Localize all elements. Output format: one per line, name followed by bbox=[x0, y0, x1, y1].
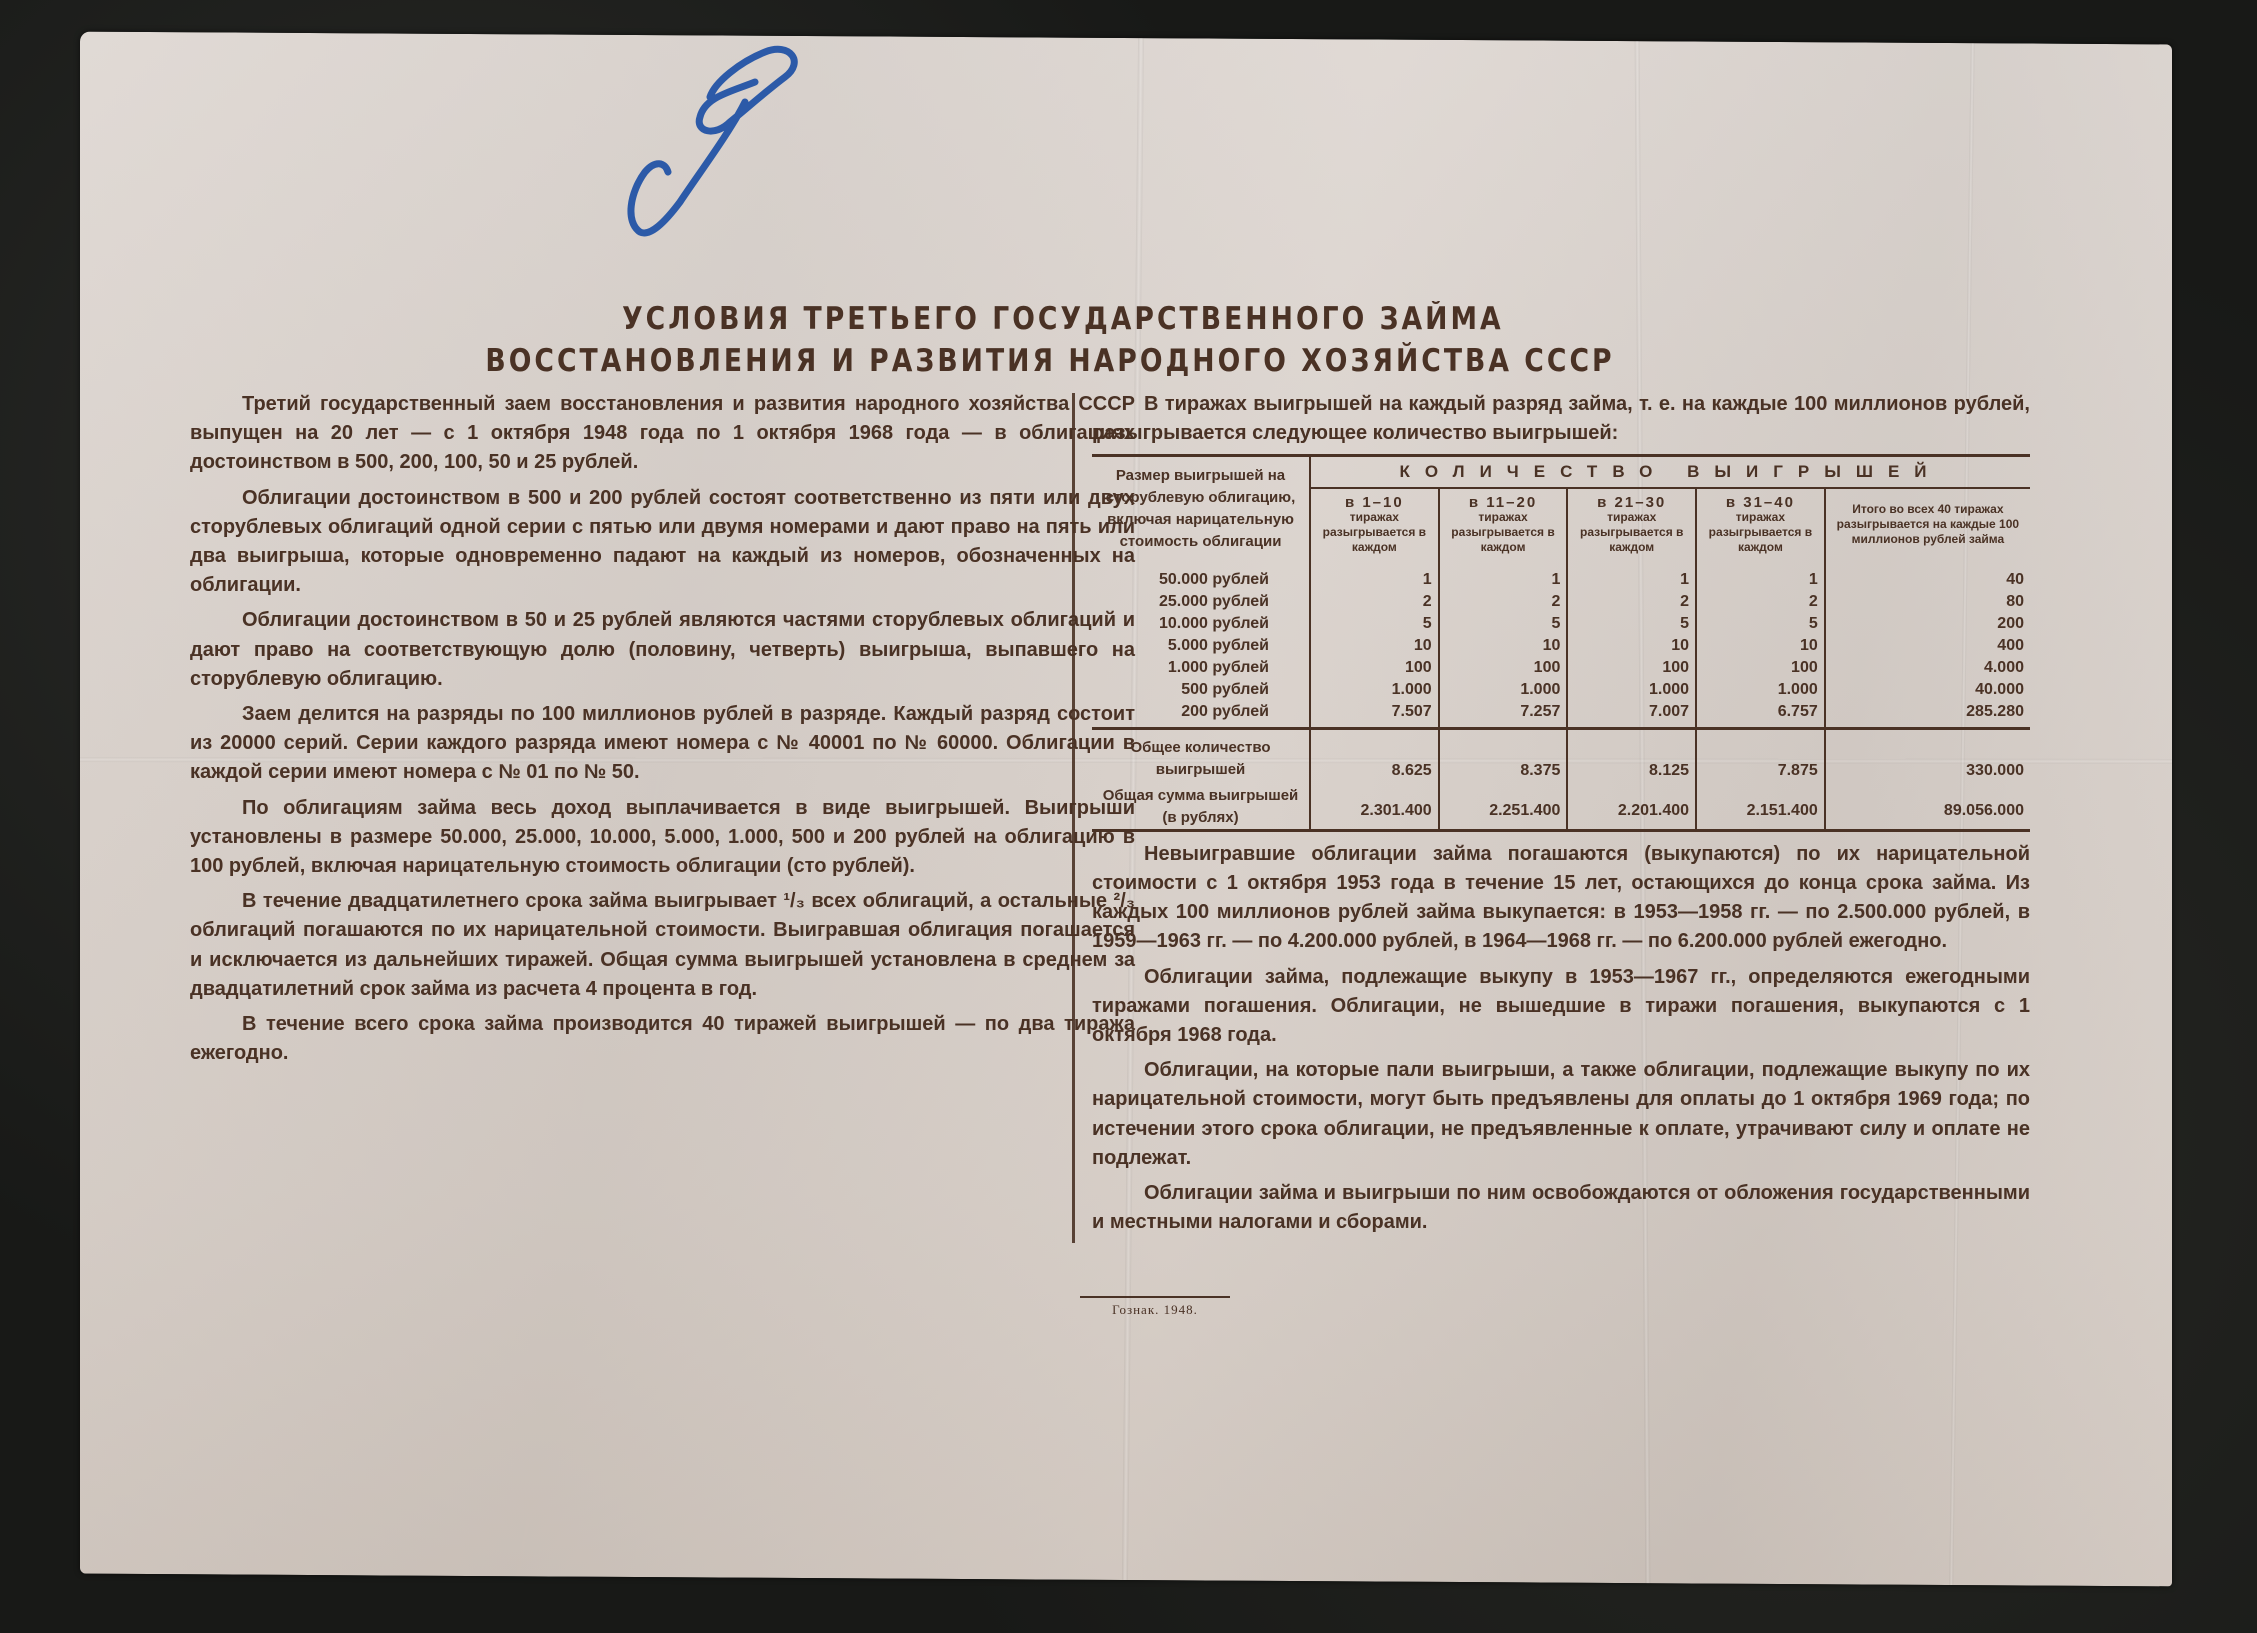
handwritten-monogram-icon bbox=[580, 22, 880, 262]
prize-count-cell: 4.000 bbox=[1825, 657, 2030, 679]
draw-range: в 1–10 bbox=[1313, 495, 1436, 510]
prize-count-cell: 1 bbox=[1567, 561, 1696, 591]
draw-range-header: Итого во всех 40 тиражах разыгрывается н… bbox=[1825, 488, 2030, 561]
prize-amount: 500 рублей bbox=[1092, 679, 1310, 701]
total-count-label: Общее количество выигрышей bbox=[1092, 728, 1310, 785]
total-sum-label: Общая сумма выигрышей (в рублях) bbox=[1092, 785, 1310, 831]
total-sum-cell: 2.301.400 bbox=[1310, 785, 1439, 831]
paragraph: Облигации займа, подлежащие выкупу в 195… bbox=[1092, 963, 2030, 1051]
prize-count-cell: 2 bbox=[1567, 591, 1696, 613]
prize-count-cell: 10 bbox=[1696, 635, 1825, 657]
prize-count-cell: 1.000 bbox=[1310, 679, 1439, 701]
total-count-cell: 7.875 bbox=[1696, 728, 1825, 785]
total-count-cell: 330.000 bbox=[1825, 728, 2030, 785]
printer-imprint: Гознак. 1948. bbox=[1080, 1296, 1230, 1318]
prize-amount: 50.000 рублей bbox=[1092, 561, 1310, 591]
paragraph: Заем делится на разряды по 100 миллионов… bbox=[190, 700, 1135, 788]
prize-count-cell: 2 bbox=[1310, 591, 1439, 613]
prize-count-cell: 1.000 bbox=[1439, 679, 1568, 701]
prize-count-cell: 2 bbox=[1696, 591, 1825, 613]
prize-count-cell: 40.000 bbox=[1825, 679, 2030, 701]
table-row: 25.000 рублей222280 bbox=[1092, 591, 2030, 613]
table-row: 200 рублей7.5077.2577.0076.757285.280 bbox=[1092, 701, 2030, 729]
draw-range-caption: тиражах разыгрывается в каждом bbox=[1451, 510, 1554, 554]
prize-count-cell: 40 bbox=[1825, 561, 2030, 591]
table-row: 10.000 рублей5555200 bbox=[1092, 613, 2030, 635]
draw-range-caption: тиражах разыгрывается в каждом bbox=[1709, 510, 1812, 554]
total-count-cell: 8.625 bbox=[1310, 728, 1439, 785]
prize-count-cell: 1.000 bbox=[1696, 679, 1825, 701]
prize-count-cell: 10 bbox=[1310, 635, 1439, 657]
prize-count-cell: 10 bbox=[1567, 635, 1696, 657]
prize-count-cell: 7.257 bbox=[1439, 701, 1568, 729]
prize-size-header: Размер выигрышей на сторублевую облигаци… bbox=[1092, 456, 1310, 561]
paragraph: Облигации, на которые пали выигрыши, а т… bbox=[1092, 1056, 2030, 1173]
prize-count-group-header: КОЛИЧЕСТВО ВЫИГРЫШЕЙ bbox=[1310, 456, 2030, 488]
left-column: Третий государственный заем восстановлен… bbox=[190, 390, 1135, 1074]
document-title: УСЛОВИЯ ТРЕТЬЕГО ГОСУДАРСТВЕННОГО ЗАЙМА … bbox=[319, 298, 1781, 382]
paragraph: Облигации займа и выигрыши по ним освобо… bbox=[1092, 1179, 2030, 1237]
paragraph: В течение всего срока займа производится… bbox=[190, 1010, 1135, 1068]
prize-count-cell: 1 bbox=[1439, 561, 1568, 591]
prize-count-cell: 100 bbox=[1439, 657, 1568, 679]
prize-count-cell: 285.280 bbox=[1825, 701, 2030, 729]
prize-count-cell: 200 bbox=[1825, 613, 2030, 635]
prize-count-cell: 7.507 bbox=[1310, 701, 1439, 729]
draw-range-caption: тиражах разыгрывается в каждом bbox=[1580, 510, 1683, 554]
prize-count-cell: 400 bbox=[1825, 635, 2030, 657]
prize-count-cell: 100 bbox=[1310, 657, 1439, 679]
prize-count-cell: 1.000 bbox=[1567, 679, 1696, 701]
draw-range-header: в 21–30тиражах разыгрывается в каждом bbox=[1567, 488, 1696, 561]
prize-count-cell: 1 bbox=[1696, 561, 1825, 591]
total-count-cell: 8.125 bbox=[1567, 728, 1696, 785]
prize-count-cell: 5 bbox=[1310, 613, 1439, 635]
paragraph: По облигациям займа весь доход выплачива… bbox=[190, 794, 1135, 882]
prize-amount: 200 рублей bbox=[1092, 701, 1310, 729]
paragraph: В течение двадцатилетнего срока займа вы… bbox=[190, 887, 1135, 1004]
draw-range-header: в 11–20тиражах разыгрывается в каждом bbox=[1439, 488, 1568, 561]
prize-amount: 1.000 рублей bbox=[1092, 657, 1310, 679]
paragraph: Облигации достоинством в 50 и 25 рублей … bbox=[190, 606, 1135, 694]
right-column: В тиражах выигрышей на каждый разряд зай… bbox=[1092, 390, 2030, 1243]
table-row: 50.000 рублей111140 bbox=[1092, 561, 2030, 591]
draw-range-header: в 1–10тиражах разыгрывается в каждом bbox=[1310, 488, 1439, 561]
prize-amount: 10.000 рублей bbox=[1092, 613, 1310, 635]
table-row: 1.000 рублей1001001001004.000 bbox=[1092, 657, 2030, 679]
prize-count-cell: 2 bbox=[1439, 591, 1568, 613]
draw-range: в 11–20 bbox=[1442, 495, 1565, 510]
total-sum-cell: 2.251.400 bbox=[1439, 785, 1568, 831]
paragraph: Третий государственный заем восстановлен… bbox=[190, 390, 1135, 478]
column-divider bbox=[1072, 393, 1075, 1243]
table-row: 5.000 рублей10101010400 bbox=[1092, 635, 2030, 657]
prize-count-cell: 10 bbox=[1439, 635, 1568, 657]
draw-range-header: в 31–40тиражах разыгрывается в каждом bbox=[1696, 488, 1825, 561]
prize-count-cell: 80 bbox=[1825, 591, 2030, 613]
title-line-2: ВОССТАНОВЛЕНИЯ И РАЗВИТИЯ НАРОДНОГО ХОЗЯ… bbox=[319, 340, 1781, 382]
table-intro: В тиражах выигрышей на каждый разряд зай… bbox=[1092, 390, 2030, 448]
paragraph: Облигации достоинством в 500 и 200 рубле… bbox=[190, 484, 1135, 601]
total-sum-cell: 2.151.400 bbox=[1696, 785, 1825, 831]
draw-range: в 31–40 bbox=[1699, 495, 1822, 510]
prize-count-cell: 5 bbox=[1439, 613, 1568, 635]
total-sum-cell: 89.056.000 bbox=[1825, 785, 2030, 831]
title-line-1: УСЛОВИЯ ТРЕТЬЕГО ГОСУДАРСТВЕННОГО ЗАЙМА bbox=[319, 298, 1781, 340]
prize-count-cell: 1 bbox=[1310, 561, 1439, 591]
prize-count-cell: 100 bbox=[1567, 657, 1696, 679]
paragraph: Невыигравшие облигации займа погашаются … bbox=[1092, 840, 2030, 957]
total-sum-cell: 2.201.400 bbox=[1567, 785, 1696, 831]
prize-amount: 5.000 рублей bbox=[1092, 635, 1310, 657]
draw-range: в 21–30 bbox=[1570, 495, 1693, 510]
prize-table: Размер выигрышей на сторублевую облигаци… bbox=[1092, 454, 2030, 831]
draw-range-caption: Итого во всех 40 тиражах разыгрывается н… bbox=[1837, 502, 2019, 546]
prize-count-cell: 6.757 bbox=[1696, 701, 1825, 729]
total-count-cell: 8.375 bbox=[1439, 728, 1568, 785]
prize-count-cell: 5 bbox=[1696, 613, 1825, 635]
table-row: 500 рублей1.0001.0001.0001.00040.000 bbox=[1092, 679, 2030, 701]
prize-amount: 25.000 рублей bbox=[1092, 591, 1310, 613]
prize-count-cell: 100 bbox=[1696, 657, 1825, 679]
draw-range-caption: тиражах разыгрывается в каждом bbox=[1323, 510, 1426, 554]
prize-count-cell: 5 bbox=[1567, 613, 1696, 635]
prize-count-cell: 7.007 bbox=[1567, 701, 1696, 729]
